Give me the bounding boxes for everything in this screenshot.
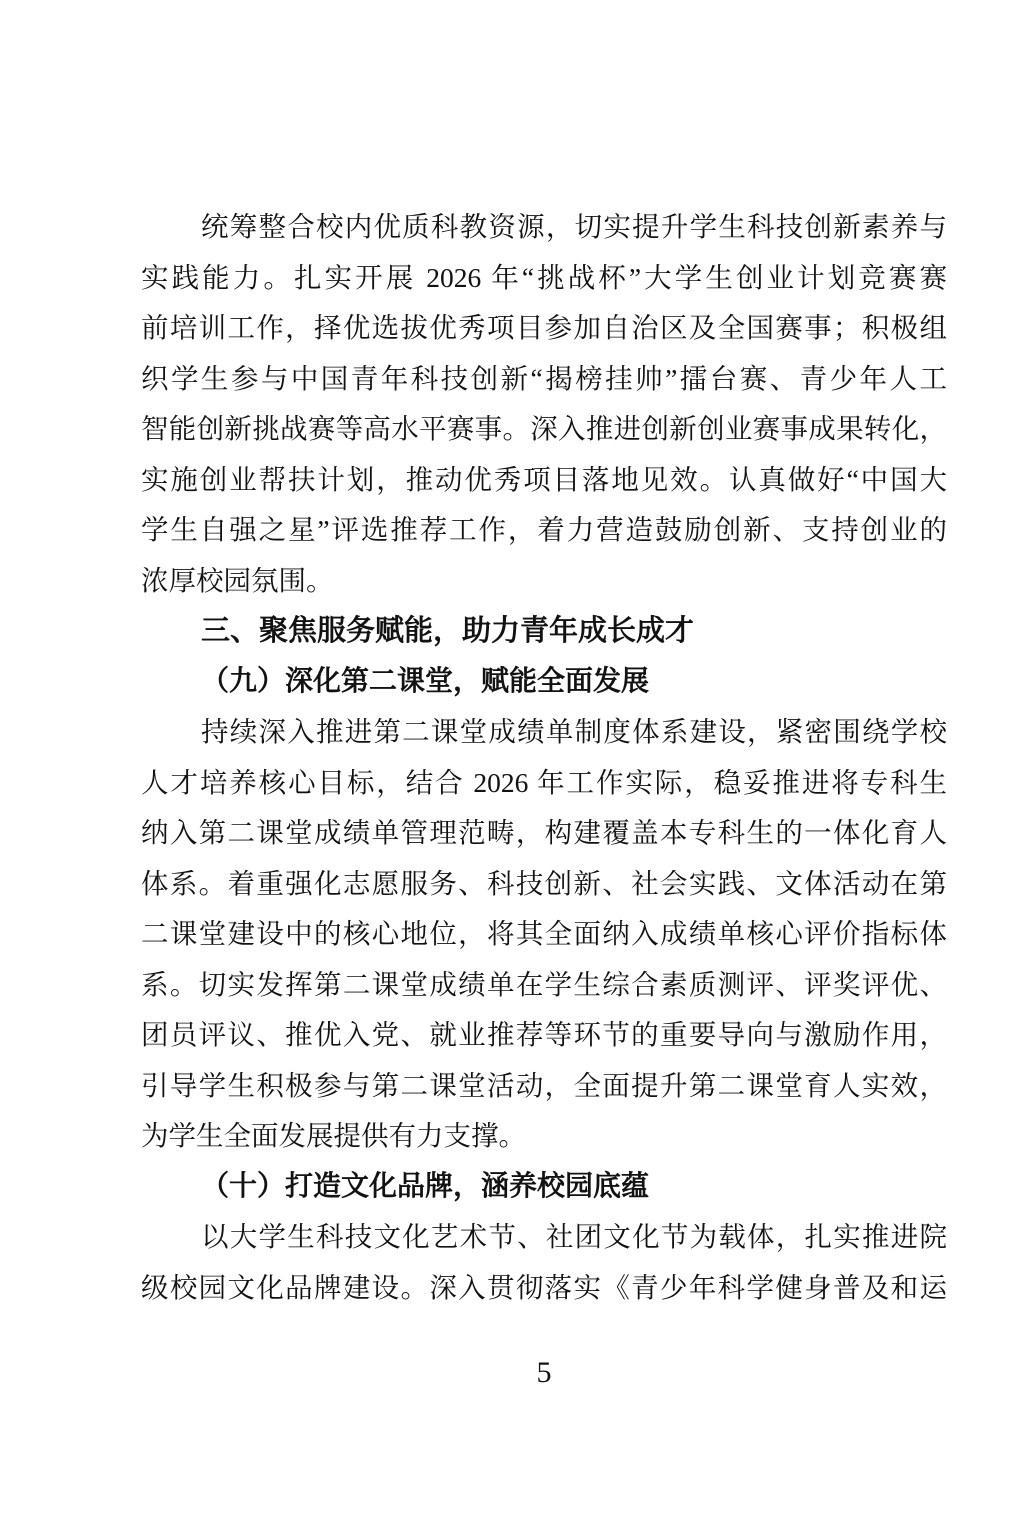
- body-line: 持续深入推进第二课堂成绩单制度体系建设，紧密围绕学校: [141, 707, 947, 758]
- body-line: 以大学生科技文化艺术节、社团文化节为载体，扎实推进院: [141, 1212, 947, 1263]
- body-line: 浓厚校园氛围。: [141, 556, 947, 607]
- body-line: 引导学生积极参与第二课堂活动，全面提升第二课堂育人实效，: [141, 1061, 947, 1112]
- section-heading: 三、聚焦服务赋能，助力青年成长成才: [141, 606, 947, 657]
- body-line: 前培训工作，择优选拔优秀项目参加自治区及全国赛事；积极组: [141, 303, 947, 354]
- body-line: 二课堂建设中的核心地位，将其全面纳入成绩单核心评价指标体: [141, 909, 947, 960]
- body-line: 实施创业帮扶计划，推动优秀项目落地见效。认真做好“中国大: [141, 455, 947, 506]
- subsection-heading: （九）深化第二课堂，赋能全面发展: [141, 657, 947, 708]
- body-line: 织学生参与中国青年科技创新“揭榜挂帅”擂台赛、青少年人工: [141, 354, 947, 405]
- body-line: 纳入第二课堂成绩单管理范畴，构建覆盖本专科生的一体化育人: [141, 808, 947, 859]
- body-line: 学生自强之星”评选推荐工作，着力营造鼓励创新、支持创业的: [141, 505, 947, 556]
- body-line: 智能创新挑战赛等高水平赛事。深入推进创新创业赛事成果转化，: [141, 404, 947, 455]
- body-line: 级校园文化品牌建设。深入贯彻落实《青少年科学健身普及和运: [141, 1263, 947, 1314]
- body-line: 实践能力。扎实开展 2026 年“挑战杯”大学生创业计划竞赛赛: [141, 253, 947, 304]
- body-line: 系。切实发挥第二课堂成绩单在学生综合素质测评、评奖评优、: [141, 960, 947, 1011]
- body-line: 人才培养核心目标，结合 2026 年工作实际，稳妥推进将专科生: [141, 758, 947, 809]
- page-number: 5: [141, 1348, 947, 1398]
- body-line: 团员评议、推优入党、就业推荐等环节的重要导向与激励作用，: [141, 1010, 947, 1061]
- body-line: 体系。着重强化志愿服务、科技创新、社会实践、文体活动在第: [141, 859, 947, 910]
- text-block: 统筹整合校内优质科教资源，切实提升学生科技创新素养与 实践能力。扎实开展 202…: [141, 202, 947, 1313]
- body-line: 统筹整合校内优质科教资源，切实提升学生科技创新素养与: [141, 202, 947, 253]
- document-page: 统筹整合校内优质科教资源，切实提升学生科技创新素养与 实践能力。扎实开展 202…: [0, 0, 1032, 1516]
- body-line: 为学生全面发展提供有力支撑。: [141, 1111, 947, 1162]
- subsection-heading: （十）打造文化品牌，涵养校园底蕴: [141, 1162, 947, 1213]
